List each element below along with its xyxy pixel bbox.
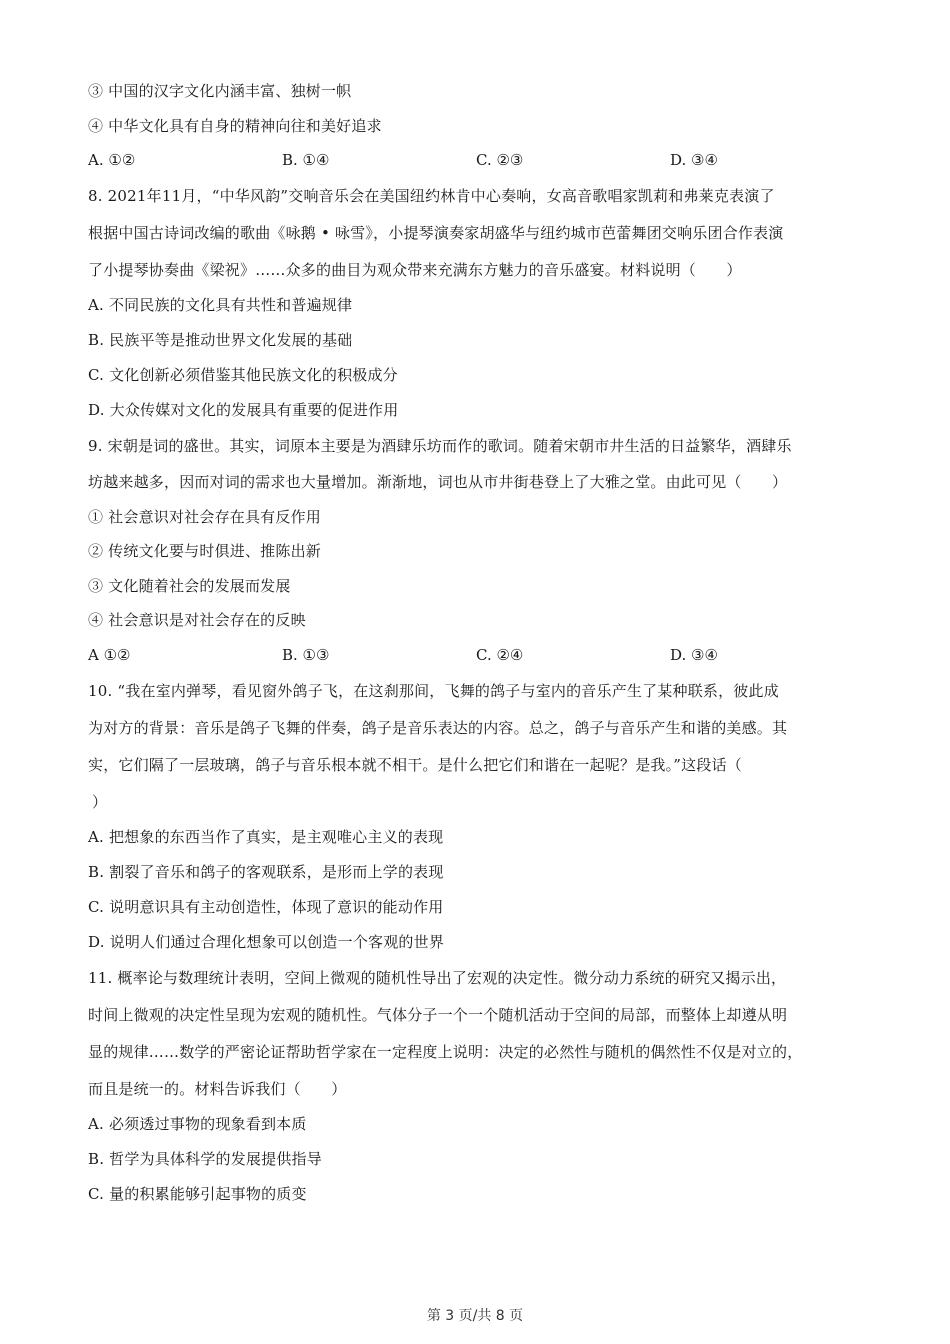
q10-stem-line-4: ） [92,792,107,812]
q11-stem-line-4: 而且是统一的。材料告诉我们（ ） [88,1079,346,1099]
q9-item-3: ③ 文化随着社会的发展而发展 [88,576,291,596]
q7-item-3: ③ 中国的汉字文化内涵丰富、独树一帜 [88,81,351,101]
q10-option-b: B. 割裂了音乐和鸽子的客观联系，是形而上学的表现 [88,862,444,882]
q10-stem-line-3: 实，它们隔了一层玻璃，鸽子与音乐根本就不相干。是什么把它们和谐在一起呢？是我。”… [88,755,742,775]
q9-option-a: A ①② [88,645,131,665]
q10-stem-line-2: 为对方的背景：音乐是鸽子飞舞的伴奏，鸽子是音乐表达的内容。总之，鸽子与音乐产生和… [88,718,787,738]
q8-stem-line-3: 了小提琴协奏曲《梁祝》……众多的曲目为观众带来充满东方魅力的音乐盛宴。材料说明（… [88,260,742,280]
q9-item-4: ④ 社会意识是对社会存在的反映 [88,610,306,630]
q9-option-b: B. ①③ [282,645,329,665]
q7-item-4: ④ 中华文化具有自身的精神向往和美好追求 [88,116,382,136]
q8-stem-line-1: 8. 2021年11月，“中华风韵”交响音乐会在美国纽约林肯中心奏响，女高音歌唱… [88,186,775,206]
q10-stem-line-1: 10. “我在室内弹琴，看见窗外鸽子飞，在这刹那间，飞舞的鸽子与室内的音乐产生了… [88,681,779,701]
q11-stem-line-2: 时间上微观的决定性呈现为宏观的随机性。气体分子一个一个随机活动于空间的局部，而整… [88,1005,787,1025]
q9-option-d: D. ③④ [670,645,718,665]
exam-page: ③ 中国的汉字文化内涵丰富、独树一帜 ④ 中华文化具有自身的精神向往和美好追求 … [0,0,950,1344]
q8-option-b: B. 民族平等是推动世界文化发展的基础 [88,330,352,350]
q10-option-d: D. 说明人们通过合理化想象可以创造一个客观的世界 [88,932,444,952]
q9-option-c: C. ②④ [476,645,523,665]
q7-option-a: A. ①② [88,150,135,170]
q8-option-c: C. 文化创新必须借鉴其他民族文化的积极成分 [88,365,398,385]
q9-item-2: ② 传统文化要与时俱进、推陈出新 [88,541,321,561]
q10-option-c: C. 说明意识具有主动创造性，体现了意识的能动作用 [88,897,443,917]
q11-stem-line-1: 11. 概率论与数理统计表明，空间上微观的随机性导出了宏观的决定性。微分动力系统… [88,968,786,988]
q11-stem-line-3: 显的规律……数学的严密论证帮助哲学家在一定程度上说明：决定的必然性与随机的偶然性… [88,1042,802,1062]
q8-option-a: A. 不同民族的文化具有共性和普遍规律 [88,295,352,315]
q7-option-b: B. ①④ [282,150,329,170]
q9-item-1: ① 社会意识对社会存在具有反作用 [88,507,321,527]
q9-stem-line-1: 9. 宋朝是词的盛世。其实，词原本主要是为酒肆乐坊而作的歌词。随着宋朝市井生活的… [88,436,792,456]
q8-option-d: D. 大众传媒对文化的发展具有重要的促进作用 [88,400,398,420]
q11-option-b: B. 哲学为具体科学的发展提供指导 [88,1149,322,1169]
q11-option-a: A. 必须透过事物的现象看到本质 [88,1114,307,1134]
q7-option-c: C. ②③ [476,150,523,170]
page-number: 第 3 页/共 8 页 [0,1305,950,1325]
q7-option-d: D. ③④ [670,150,718,170]
q10-option-a: A. 把想象的东西当作了真实，是主观唯心主义的表现 [88,827,443,847]
q8-stem-line-2: 根据中国古诗词改编的歌曲《咏鹅 • 咏雪》，小提琴演奏家胡盛华与纽约城市芭蕾舞团… [88,223,784,243]
q9-stem-line-2: 坊越来越多，因而对词的需求也大量增加。渐渐地，词也从市井街巷登上了大雅之堂。由此… [88,472,787,492]
q11-option-c: C. 量的积累能够引起事物的质变 [88,1184,307,1204]
